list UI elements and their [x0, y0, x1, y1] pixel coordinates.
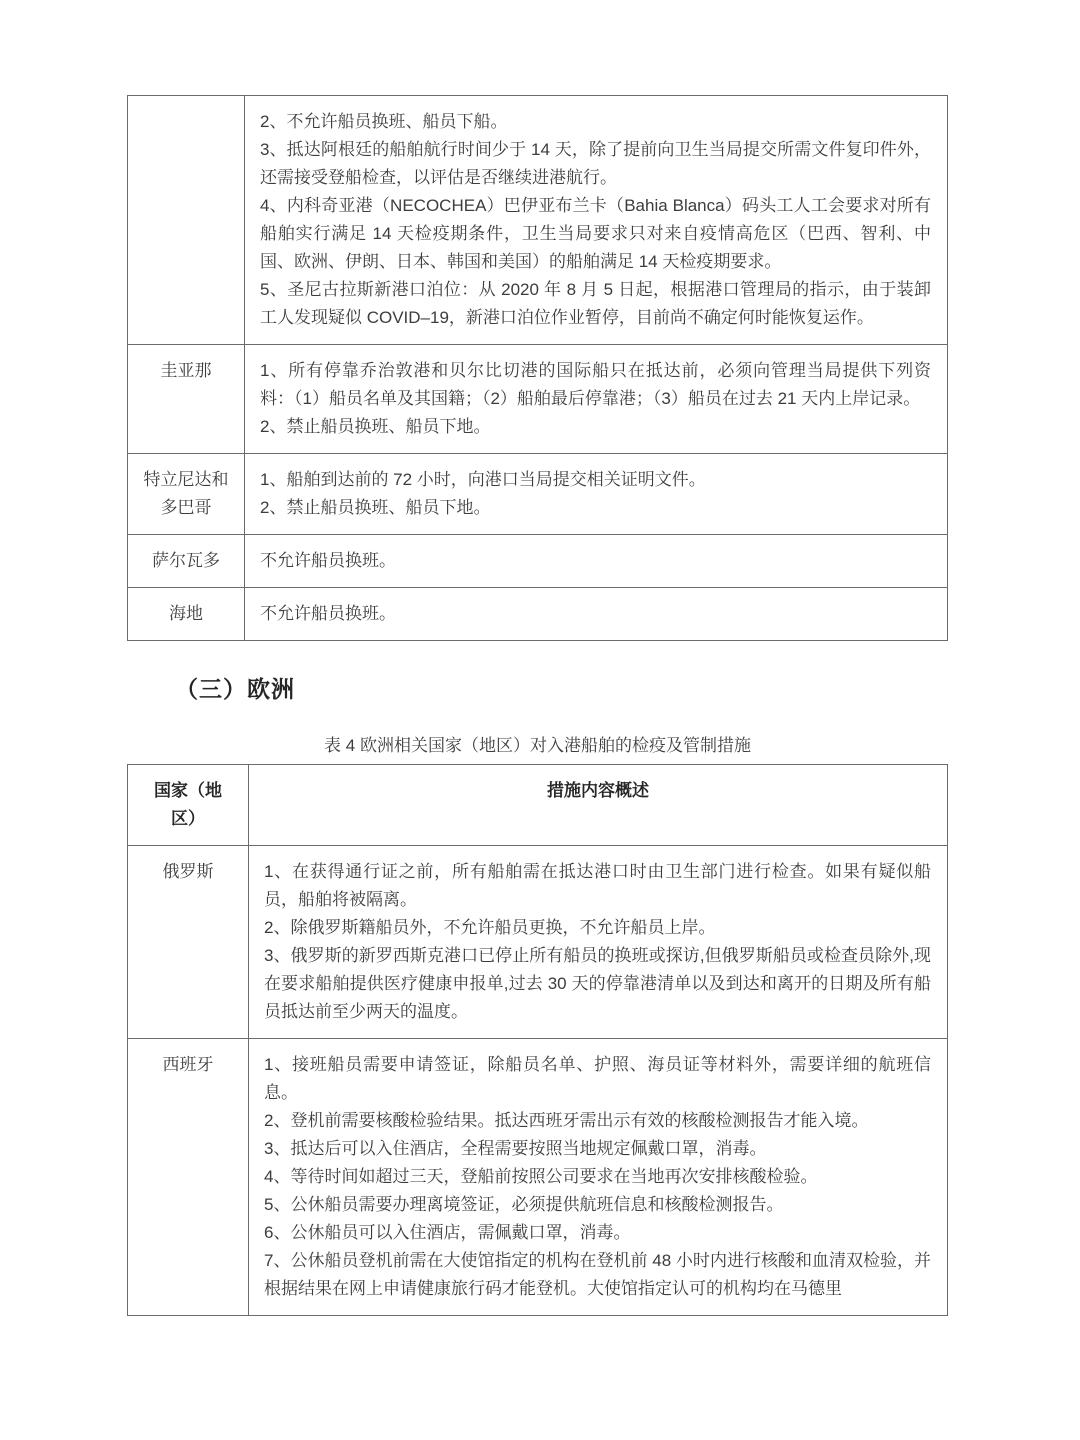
country-cell: 特立尼达和 多巴哥 — [128, 454, 245, 535]
table-row: 萨尔瓦多 不允许船员换班。 — [128, 535, 948, 588]
measures-cell: 1、在获得通行证之前，所有船舶需在抵达港口时由卫生部门进行检查。如果有疑似船员，… — [249, 846, 948, 1039]
country-cell: 俄罗斯 — [128, 846, 249, 1039]
table-row: 2、不允许船员换班、船员下船。 3、抵达阿根廷的船舶航行时间少于 14 天，除了… — [128, 96, 948, 345]
measures-cell: 1、接班船员需要申请签证，除船员名单、护照、海员证等材料外，需要详细的航班信息。… — [249, 1039, 948, 1316]
country-cell: 萨尔瓦多 — [128, 535, 245, 588]
country-cell: 圭亚那 — [128, 345, 245, 454]
document-page: 2、不允许船员换班、船员下船。 3、抵达阿根廷的船舶航行时间少于 14 天，除了… — [0, 0, 1080, 1440]
measures-cell: 不允许船员换班。 — [245, 588, 948, 641]
measures-cell: 不允许船员换班。 — [245, 535, 948, 588]
country-header-cell: 国家（地 区） — [128, 765, 249, 846]
measures-cell: 1、所有停靠乔治敦港和贝尔比切港的国际船只在抵达前，必须向管理当局提供下列资料：… — [245, 345, 948, 454]
table-row: 俄罗斯 1、在获得通行证之前，所有船舶需在抵达港口时由卫生部门进行检查。如果有疑… — [128, 846, 948, 1039]
section-heading-europe: （三）欧洲 — [175, 671, 1080, 704]
measures-cell: 2、不允许船员换班、船员下船。 3、抵达阿根廷的船舶航行时间少于 14 天，除了… — [245, 96, 948, 345]
table-header-row: 国家（地 区） 措施内容概述 — [128, 765, 948, 846]
country-cell: 海地 — [128, 588, 245, 641]
country-cell: 西班牙 — [128, 1039, 249, 1316]
measures-cell: 1、船舶到达前的 72 小时，向港口当局提交相关证明文件。 2、禁止船员换班、船… — [245, 454, 948, 535]
country-cell — [128, 96, 245, 345]
table-row: 西班牙 1、接班船员需要申请签证，除船员名单、护照、海员证等材料外，需要详细的航… — [128, 1039, 948, 1316]
europe-restrictions-table: 国家（地 区） 措施内容概述 俄罗斯 1、在获得通行证之前，所有船舶需在抵达港口… — [127, 764, 948, 1316]
table-caption: 表 4 欧洲相关国家（地区）对入港船舶的检疫及管制措施 — [127, 731, 948, 756]
table-row: 特立尼达和 多巴哥 1、船舶到达前的 72 小时，向港口当局提交相关证明文件。 … — [128, 454, 948, 535]
table-row: 圭亚那 1、所有停靠乔治敦港和贝尔比切港的国际船只在抵达前，必须向管理当局提供下… — [128, 345, 948, 454]
table-row: 海地 不允许船员换班。 — [128, 588, 948, 641]
americas-restrictions-table: 2、不允许船员换班、船员下船。 3、抵达阿根廷的船舶航行时间少于 14 天，除了… — [127, 95, 948, 641]
measures-header-cell: 措施内容概述 — [249, 765, 948, 846]
